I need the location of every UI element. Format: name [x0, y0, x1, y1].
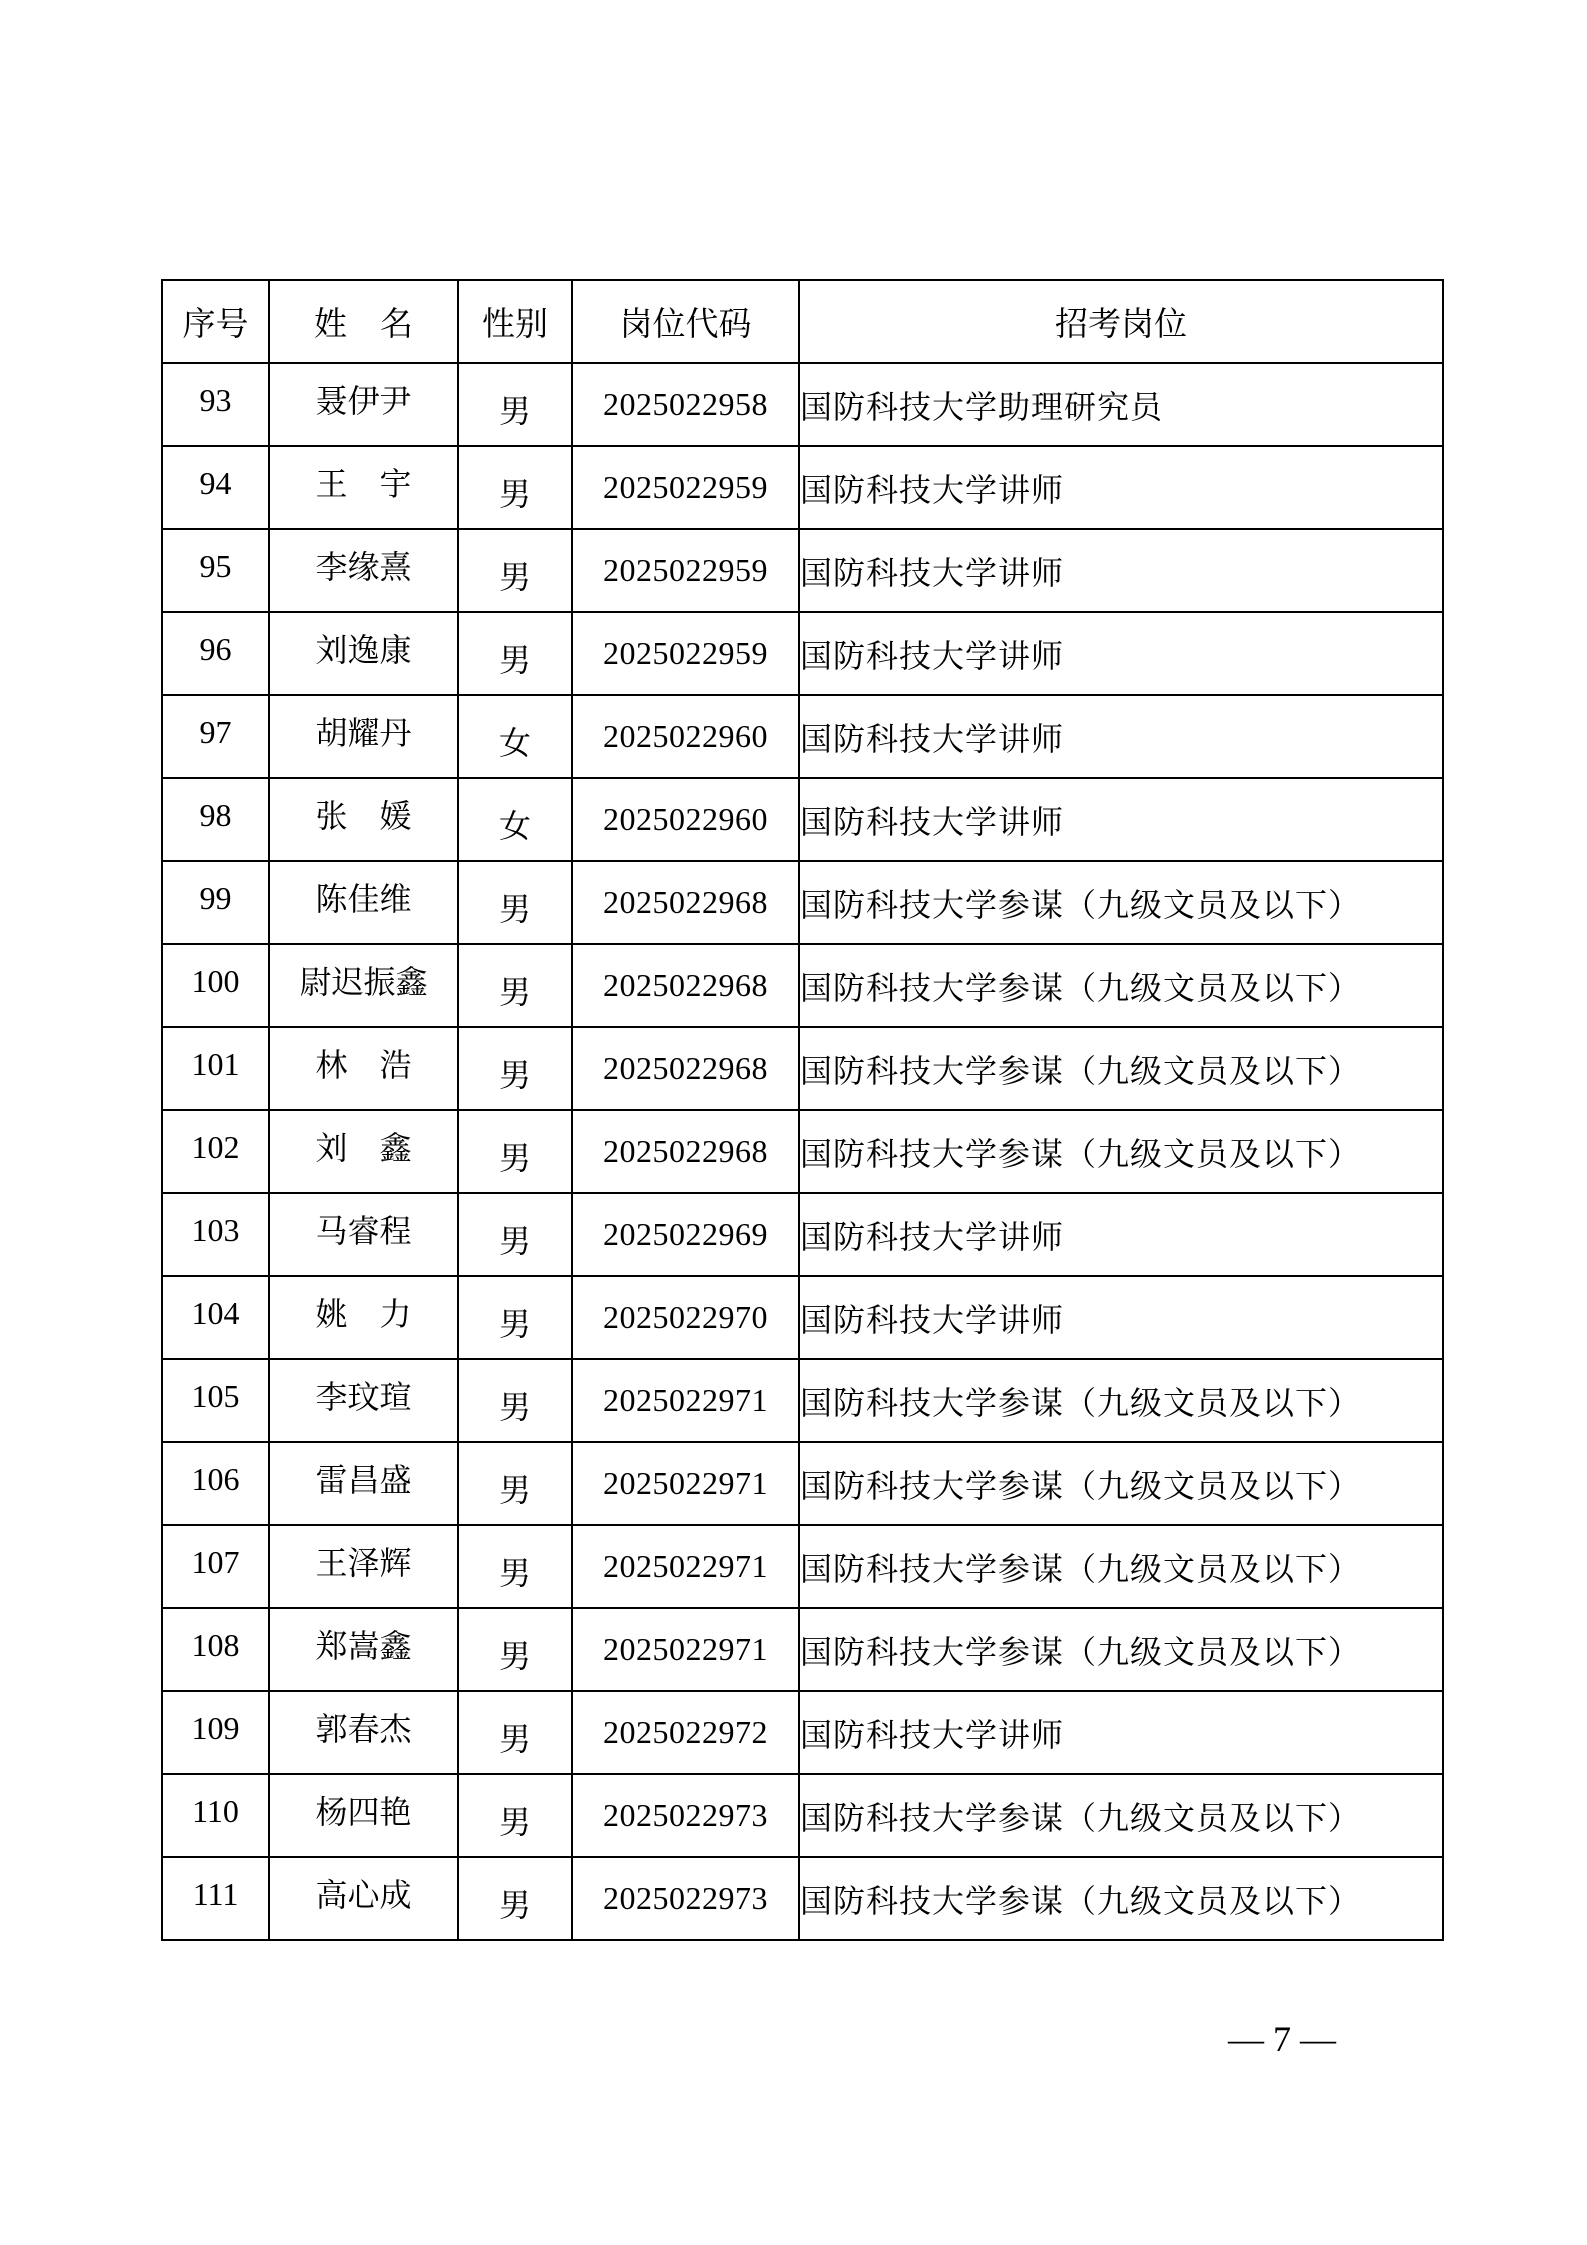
- cell-position: 国防科技大学讲师: [799, 695, 1443, 778]
- cell-seq-text: 97: [200, 714, 232, 750]
- cell-gender: 女: [458, 695, 572, 778]
- cell-code: 2025022969: [572, 1193, 799, 1276]
- cell-name-text: 聂伊尹: [315, 382, 411, 420]
- table-row: 110杨四艳男2025022973国防科技大学参谋（九级文员及以下）: [162, 1774, 1443, 1857]
- cell-name-text: 尉迟振鑫: [299, 963, 427, 1001]
- cell-position: 国防科技大学讲师: [799, 446, 1443, 529]
- table-row: 107王泽辉男2025022971国防科技大学参谋（九级文员及以下）: [162, 1525, 1443, 1608]
- table-row: 101林 浩男2025022968国防科技大学参谋（九级文员及以下）: [162, 1027, 1443, 1110]
- cell-gender: 男: [458, 1857, 572, 1940]
- cell-seq-text: 104: [192, 1295, 240, 1331]
- cell-seq-text: 96: [200, 631, 232, 667]
- cell-code: 2025022971: [572, 1359, 799, 1442]
- cell-gender: 女: [458, 778, 572, 861]
- cell-gender-text: 男: [499, 1637, 531, 1675]
- cell-gender-text: 男: [499, 558, 531, 596]
- cell-code: 2025022960: [572, 695, 799, 778]
- cell-gender: 男: [458, 363, 572, 446]
- cell-seq: 104: [162, 1276, 269, 1359]
- cell-seq: 95: [162, 529, 269, 612]
- cell-code: 2025022960: [572, 778, 799, 861]
- cell-gender: 男: [458, 1608, 572, 1691]
- cell-seq-text: 101: [192, 1046, 240, 1082]
- cell-gender-text: 男: [499, 1554, 531, 1592]
- cell-position: 国防科技大学讲师: [799, 1691, 1443, 1774]
- candidate-table: 序号 姓 名 性别 岗位代码 招考岗位 93聂伊尹男2025022958国防科技…: [161, 279, 1444, 1941]
- cell-name: 胡耀丹: [269, 695, 458, 778]
- cell-seq-text: 99: [200, 880, 232, 916]
- cell-gender-text: 女: [499, 724, 531, 762]
- cell-name-text: 胡耀丹: [315, 714, 411, 752]
- cell-name-text: 杨四艳: [315, 1793, 411, 1831]
- cell-seq-text: 94: [200, 465, 232, 501]
- cell-gender: 男: [458, 1442, 572, 1525]
- cell-name-text: 郭春杰: [315, 1710, 411, 1748]
- cell-gender-text: 男: [499, 1886, 531, 1924]
- cell-seq: 97: [162, 695, 269, 778]
- cell-name: 王 宇: [269, 446, 458, 529]
- cell-name: 郑嵩鑫: [269, 1608, 458, 1691]
- cell-seq: 109: [162, 1691, 269, 1774]
- cell-name: 马睿程: [269, 1193, 458, 1276]
- cell-name-text: 姚 力: [315, 1295, 411, 1333]
- cell-name-text: 马睿程: [315, 1212, 411, 1250]
- cell-seq-text: 93: [200, 382, 232, 418]
- cell-code: 2025022968: [572, 944, 799, 1027]
- cell-name: 姚 力: [269, 1276, 458, 1359]
- cell-code: 2025022968: [572, 1027, 799, 1110]
- cell-seq-text: 103: [192, 1212, 240, 1248]
- table-row: 111高心成男2025022973国防科技大学参谋（九级文员及以下）: [162, 1857, 1443, 1940]
- cell-gender-text: 男: [499, 890, 531, 928]
- table-body: 93聂伊尹男2025022958国防科技大学助理研究员94王 宇男2025022…: [162, 363, 1443, 1940]
- cell-gender: 男: [458, 1027, 572, 1110]
- cell-seq: 107: [162, 1525, 269, 1608]
- cell-gender-text: 男: [499, 475, 531, 513]
- cell-position: 国防科技大学讲师: [799, 1193, 1443, 1276]
- cell-gender-text: 男: [499, 973, 531, 1011]
- cell-position: 国防科技大学讲师: [799, 1276, 1443, 1359]
- table-row: 99陈佳维男2025022968国防科技大学参谋（九级文员及以下）: [162, 861, 1443, 944]
- table-row: 102刘 鑫男2025022968国防科技大学参谋（九级文员及以下）: [162, 1110, 1443, 1193]
- cell-name: 李缘熹: [269, 529, 458, 612]
- cell-gender-text: 男: [499, 1222, 531, 1260]
- cell-name: 李玟瑄: [269, 1359, 458, 1442]
- table-row: 97胡耀丹女2025022960国防科技大学讲师: [162, 695, 1443, 778]
- cell-position: 国防科技大学参谋（九级文员及以下）: [799, 1608, 1443, 1691]
- cell-gender: 男: [458, 1691, 572, 1774]
- cell-code: 2025022970: [572, 1276, 799, 1359]
- cell-gender: 男: [458, 1193, 572, 1276]
- cell-gender-text: 女: [499, 807, 531, 845]
- table-row: 100尉迟振鑫男2025022968国防科技大学参谋（九级文员及以下）: [162, 944, 1443, 1027]
- cell-code: 2025022971: [572, 1525, 799, 1608]
- cell-name: 杨四艳: [269, 1774, 458, 1857]
- cell-gender-text: 男: [499, 1803, 531, 1841]
- table-row: 105李玟瑄男2025022971国防科技大学参谋（九级文员及以下）: [162, 1359, 1443, 1442]
- cell-gender: 男: [458, 612, 572, 695]
- cell-name: 林 浩: [269, 1027, 458, 1110]
- header-seq: 序号: [162, 280, 269, 363]
- table-row: 95李缘熹男2025022959国防科技大学讲师: [162, 529, 1443, 612]
- cell-seq: 93: [162, 363, 269, 446]
- cell-code: 2025022973: [572, 1774, 799, 1857]
- cell-position: 国防科技大学参谋（九级文员及以下）: [799, 1359, 1443, 1442]
- cell-seq-text: 98: [200, 797, 232, 833]
- cell-seq-text: 108: [192, 1627, 240, 1663]
- cell-name-text: 王泽辉: [315, 1544, 411, 1582]
- table-row: 109郭春杰男2025022972国防科技大学讲师: [162, 1691, 1443, 1774]
- table-row: 106雷昌盛男2025022971国防科技大学参谋（九级文员及以下）: [162, 1442, 1443, 1525]
- cell-code: 2025022959: [572, 529, 799, 612]
- cell-seq: 106: [162, 1442, 269, 1525]
- cell-seq-text: 102: [192, 1129, 240, 1165]
- table-row: 98张 媛女2025022960国防科技大学讲师: [162, 778, 1443, 861]
- header-name: 姓 名: [269, 280, 458, 363]
- table-row: 93聂伊尹男2025022958国防科技大学助理研究员: [162, 363, 1443, 446]
- cell-name-text: 林 浩: [315, 1046, 411, 1084]
- cell-gender: 男: [458, 1359, 572, 1442]
- cell-code: 2025022971: [572, 1442, 799, 1525]
- table-row: 104姚 力男2025022970国防科技大学讲师: [162, 1276, 1443, 1359]
- cell-gender-text: 男: [499, 392, 531, 430]
- cell-position: 国防科技大学参谋（九级文员及以下）: [799, 861, 1443, 944]
- cell-position: 国防科技大学参谋（九级文员及以下）: [799, 944, 1443, 1027]
- cell-code: 2025022968: [572, 861, 799, 944]
- cell-seq: 108: [162, 1608, 269, 1691]
- cell-gender: 男: [458, 529, 572, 612]
- table-row: 94王 宇男2025022959国防科技大学讲师: [162, 446, 1443, 529]
- table-row: 103马睿程男2025022969国防科技大学讲师: [162, 1193, 1443, 1276]
- cell-position: 国防科技大学参谋（九级文员及以下）: [799, 1442, 1443, 1525]
- cell-seq: 101: [162, 1027, 269, 1110]
- cell-name: 张 媛: [269, 778, 458, 861]
- cell-seq: 110: [162, 1774, 269, 1857]
- table-header-row: 序号 姓 名 性别 岗位代码 招考岗位: [162, 280, 1443, 363]
- cell-seq-text: 110: [192, 1793, 239, 1829]
- cell-seq: 111: [162, 1857, 269, 1940]
- cell-name-text: 刘 鑫: [315, 1129, 411, 1167]
- cell-code: 2025022968: [572, 1110, 799, 1193]
- cell-gender: 男: [458, 1525, 572, 1608]
- cell-seq: 98: [162, 778, 269, 861]
- cell-name-text: 郑嵩鑫: [315, 1627, 411, 1665]
- cell-code: 2025022959: [572, 446, 799, 529]
- cell-seq-text: 106: [192, 1461, 240, 1497]
- cell-gender-text: 男: [499, 1139, 531, 1177]
- document-page: 序号 姓 名 性别 岗位代码 招考岗位 93聂伊尹男2025022958国防科技…: [0, 0, 1587, 2245]
- cell-name: 郭春杰: [269, 1691, 458, 1774]
- cell-gender: 男: [458, 446, 572, 529]
- cell-name: 尉迟振鑫: [269, 944, 458, 1027]
- cell-seq-text: 100: [192, 963, 240, 999]
- cell-seq: 105: [162, 1359, 269, 1442]
- cell-seq: 100: [162, 944, 269, 1027]
- cell-gender: 男: [458, 944, 572, 1027]
- cell-name-text: 张 媛: [315, 797, 411, 835]
- cell-seq: 103: [162, 1193, 269, 1276]
- cell-name-text: 李玟瑄: [315, 1378, 411, 1416]
- cell-position: 国防科技大学参谋（九级文员及以下）: [799, 1027, 1443, 1110]
- cell-position: 国防科技大学讲师: [799, 778, 1443, 861]
- cell-name-text: 王 宇: [315, 465, 411, 503]
- cell-name: 王泽辉: [269, 1525, 458, 1608]
- table-row: 96刘逸康男2025022959国防科技大学讲师: [162, 612, 1443, 695]
- cell-name: 雷昌盛: [269, 1442, 458, 1525]
- cell-name-text: 雷昌盛: [315, 1461, 411, 1499]
- cell-code: 2025022973: [572, 1857, 799, 1940]
- cell-position: 国防科技大学参谋（九级文员及以下）: [799, 1774, 1443, 1857]
- cell-gender-text: 男: [499, 1720, 531, 1758]
- cell-name: 刘逸康: [269, 612, 458, 695]
- cell-gender-text: 男: [499, 1305, 531, 1343]
- cell-position: 国防科技大学助理研究员: [799, 363, 1443, 446]
- cell-name: 刘 鑫: [269, 1110, 458, 1193]
- cell-seq: 94: [162, 446, 269, 529]
- cell-gender-text: 男: [499, 641, 531, 679]
- cell-seq-text: 95: [200, 548, 232, 584]
- cell-gender: 男: [458, 1110, 572, 1193]
- cell-gender: 男: [458, 861, 572, 944]
- cell-position: 国防科技大学参谋（九级文员及以下）: [799, 1857, 1443, 1940]
- cell-seq-text: 107: [192, 1544, 240, 1580]
- cell-name-text: 高心成: [315, 1876, 411, 1914]
- cell-name-text: 刘逸康: [315, 631, 411, 669]
- cell-gender-text: 男: [499, 1388, 531, 1426]
- cell-code: 2025022958: [572, 363, 799, 446]
- table-row: 108郑嵩鑫男2025022971国防科技大学参谋（九级文员及以下）: [162, 1608, 1443, 1691]
- cell-code: 2025022971: [572, 1608, 799, 1691]
- cell-position: 国防科技大学讲师: [799, 612, 1443, 695]
- cell-name: 高心成: [269, 1857, 458, 1940]
- cell-seq: 96: [162, 612, 269, 695]
- header-position: 招考岗位: [799, 280, 1443, 363]
- cell-seq-text: 109: [192, 1710, 240, 1746]
- cell-position: 国防科技大学参谋（九级文员及以下）: [799, 1110, 1443, 1193]
- page-number: — 7 —: [1212, 2018, 1352, 2060]
- cell-seq-text: 105: [192, 1378, 240, 1414]
- cell-gender: 男: [458, 1774, 572, 1857]
- cell-position: 国防科技大学讲师: [799, 529, 1443, 612]
- cell-name-text: 李缘熹: [315, 548, 411, 586]
- cell-seq-text: 111: [193, 1876, 239, 1912]
- cell-name: 聂伊尹: [269, 363, 458, 446]
- cell-name-text: 陈佳维: [315, 880, 411, 918]
- cell-name: 陈佳维: [269, 861, 458, 944]
- header-gender: 性别: [458, 280, 572, 363]
- cell-gender: 男: [458, 1276, 572, 1359]
- header-code: 岗位代码: [572, 280, 799, 363]
- cell-position: 国防科技大学参谋（九级文员及以下）: [799, 1525, 1443, 1608]
- cell-code: 2025022972: [572, 1691, 799, 1774]
- cell-code: 2025022959: [572, 612, 799, 695]
- cell-seq: 99: [162, 861, 269, 944]
- cell-gender-text: 男: [499, 1056, 531, 1094]
- cell-gender-text: 男: [499, 1471, 531, 1509]
- cell-seq: 102: [162, 1110, 269, 1193]
